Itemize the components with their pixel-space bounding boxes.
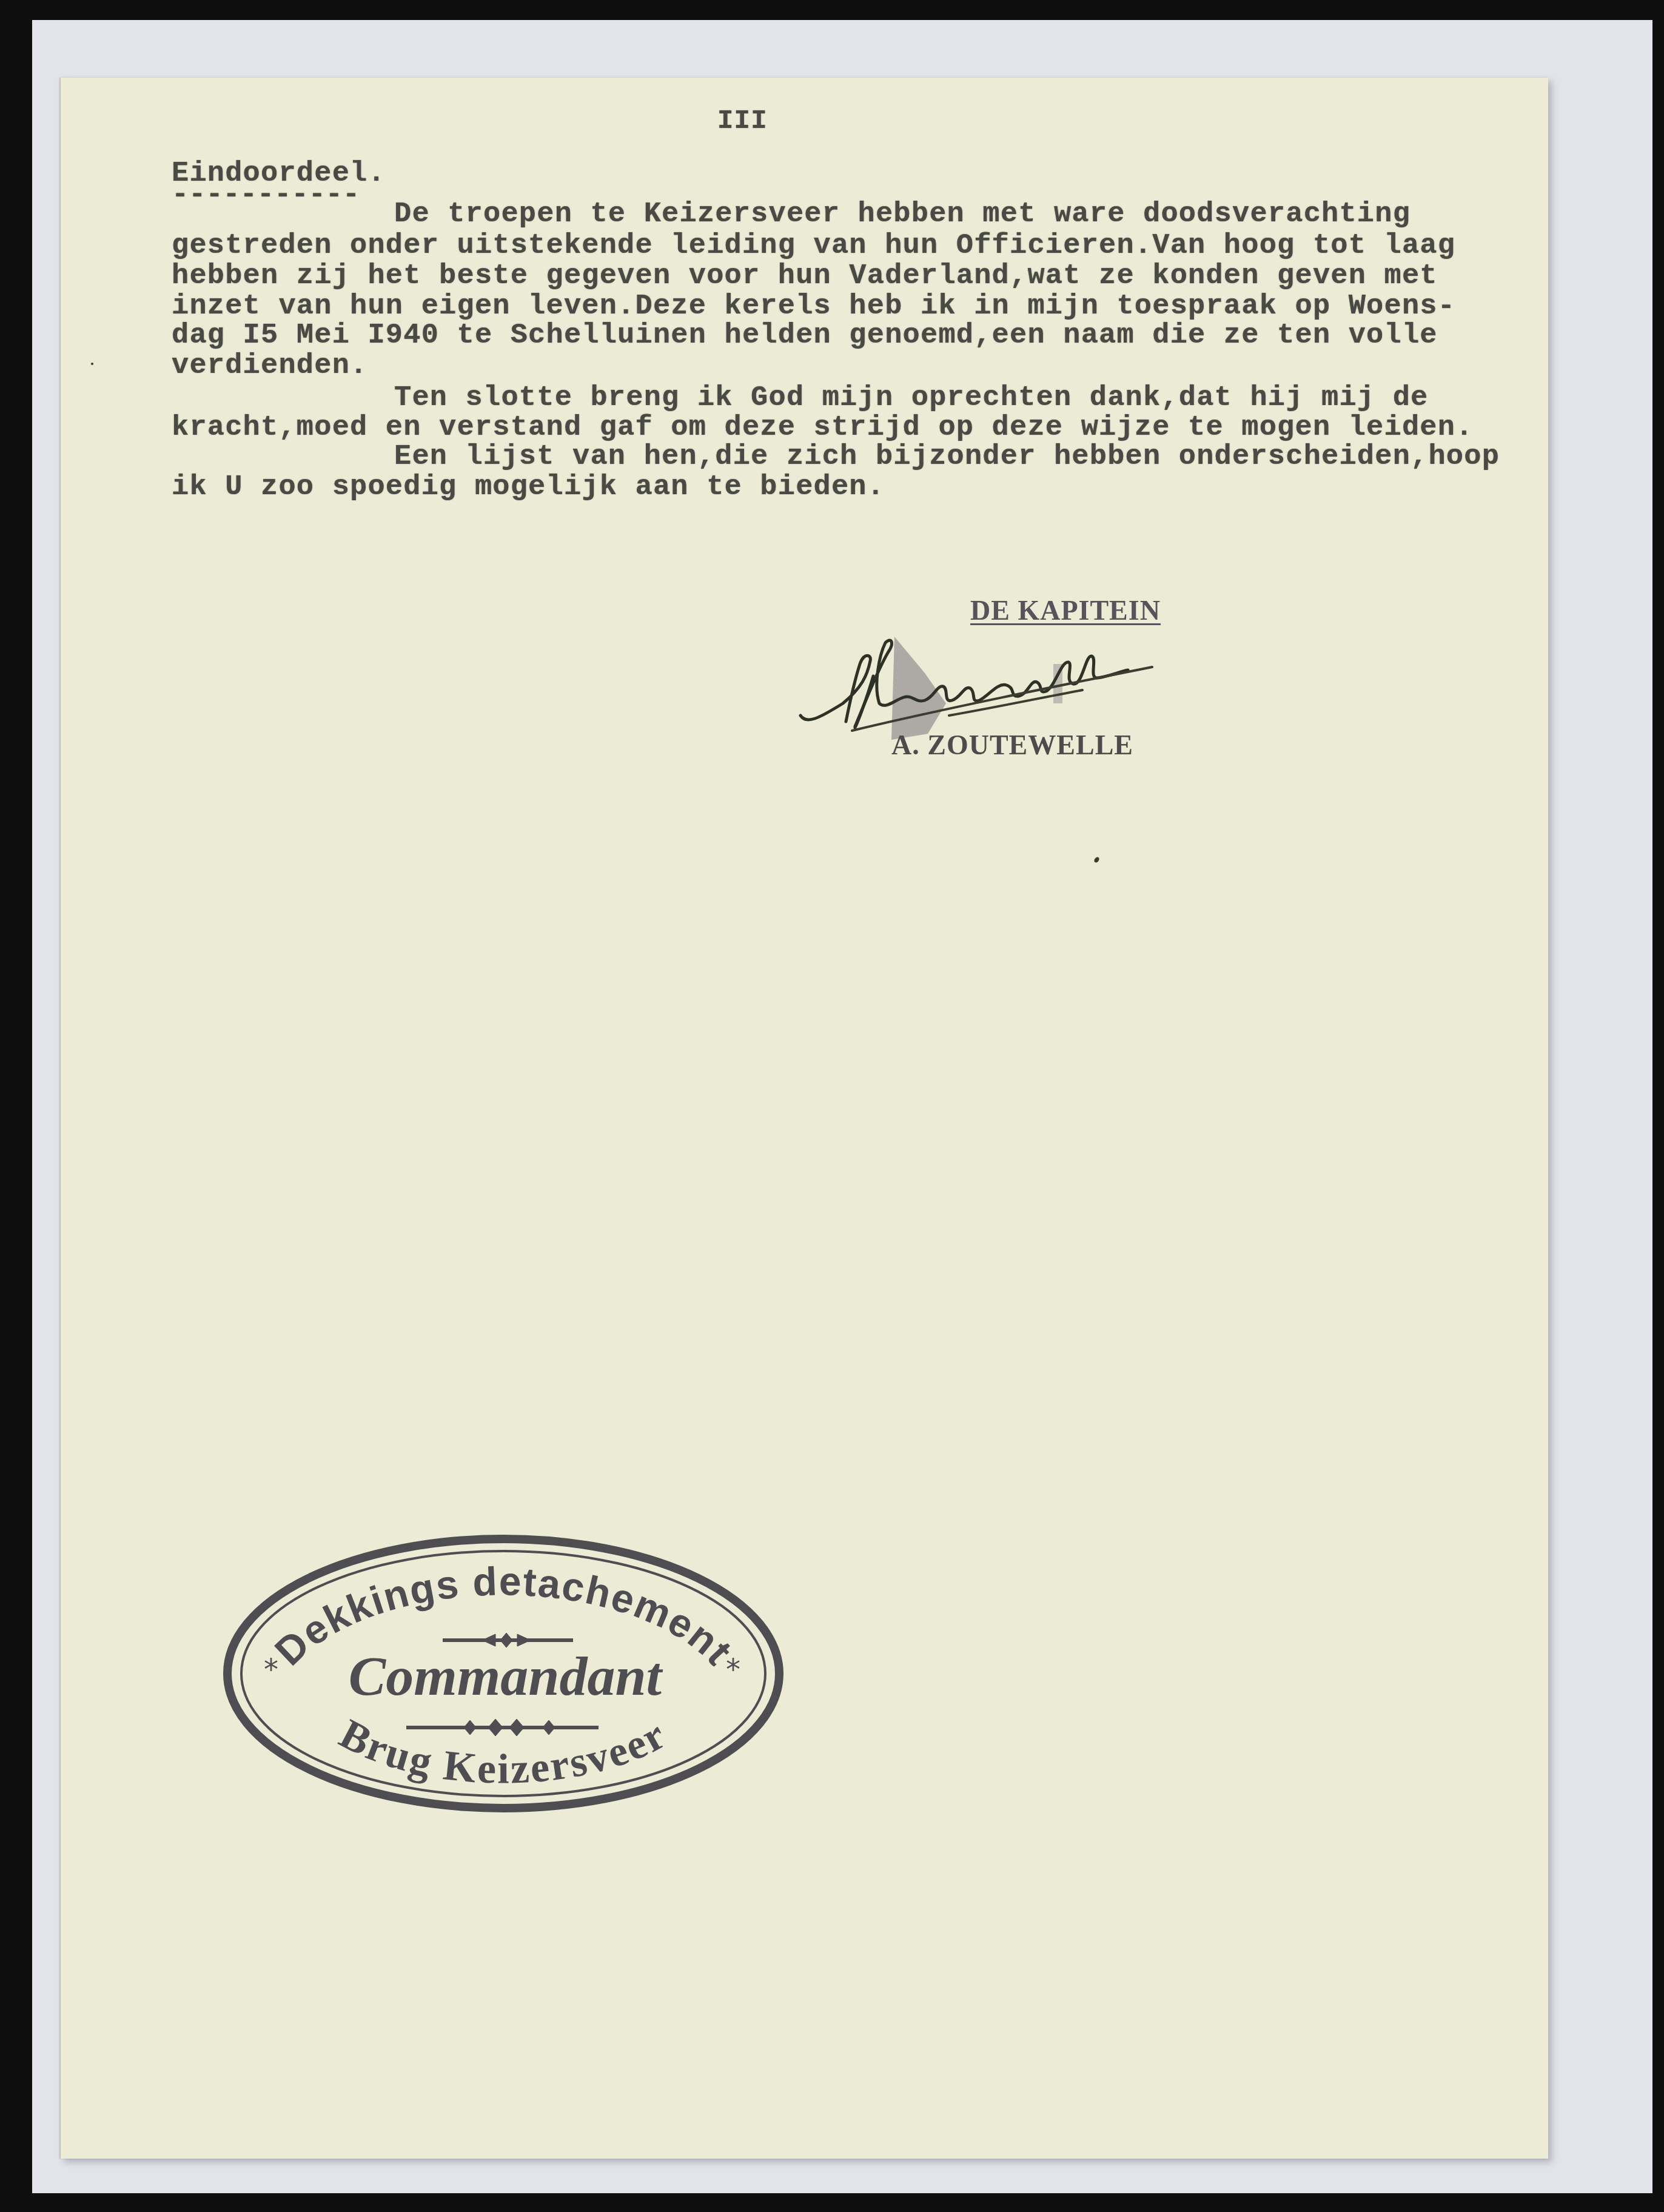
text-line: hebben zij het beste gegeven voor hun Va… xyxy=(172,262,1438,290)
signatory-name: A. ZOUTEWELLE xyxy=(891,729,1133,761)
text-line: ik U zoo spoedig mogelijk aan te bieden. xyxy=(172,473,885,501)
ink-speck xyxy=(1093,856,1100,863)
stamp-bottom-text: Brug Keizersveer xyxy=(332,1711,674,1793)
ink-speck xyxy=(91,363,93,365)
text-line: verdienden. xyxy=(172,352,367,380)
text-line: Ten slotte breng ik God mijn oprechten d… xyxy=(172,384,1428,412)
page-number: III xyxy=(717,108,768,135)
text-line: De troepen te Keizersveer hebben met war… xyxy=(172,200,1411,229)
ornament-star-left-icon: * xyxy=(264,1653,278,1687)
text-line: gestreden onder uitstekende leiding van … xyxy=(172,232,1455,260)
text-line: dag I5 Mei I940 te Schelluinen helden ge… xyxy=(172,321,1438,350)
handwritten-signature: A.Zoutewelle xyxy=(788,618,1273,740)
body-text: De troepen te Keizersveer hebben met war… xyxy=(172,200,207,514)
official-stamp: Dekkings detachement Brug Keizersveer Co… xyxy=(215,1531,791,1816)
text-line: Een lijst van hen,die zich bijzonder heb… xyxy=(172,443,1500,471)
text-line: inzet van hun eigen leven.Deze kerels he… xyxy=(172,292,1455,321)
ornament-rule-bottom xyxy=(406,1719,599,1736)
signature-block: DE KAPITEIN A.Zoutewelle A. ZOUTEWELLE xyxy=(788,570,1273,770)
text-line: kracht,moed en verstand gaf om deze stri… xyxy=(172,414,1474,442)
stamp-graphic: Dekkings detachement Brug Keizersveer Co… xyxy=(215,1531,791,1816)
ornament-star-right-icon: * xyxy=(726,1653,740,1687)
stamp-center-text: Commandant xyxy=(349,1645,663,1707)
